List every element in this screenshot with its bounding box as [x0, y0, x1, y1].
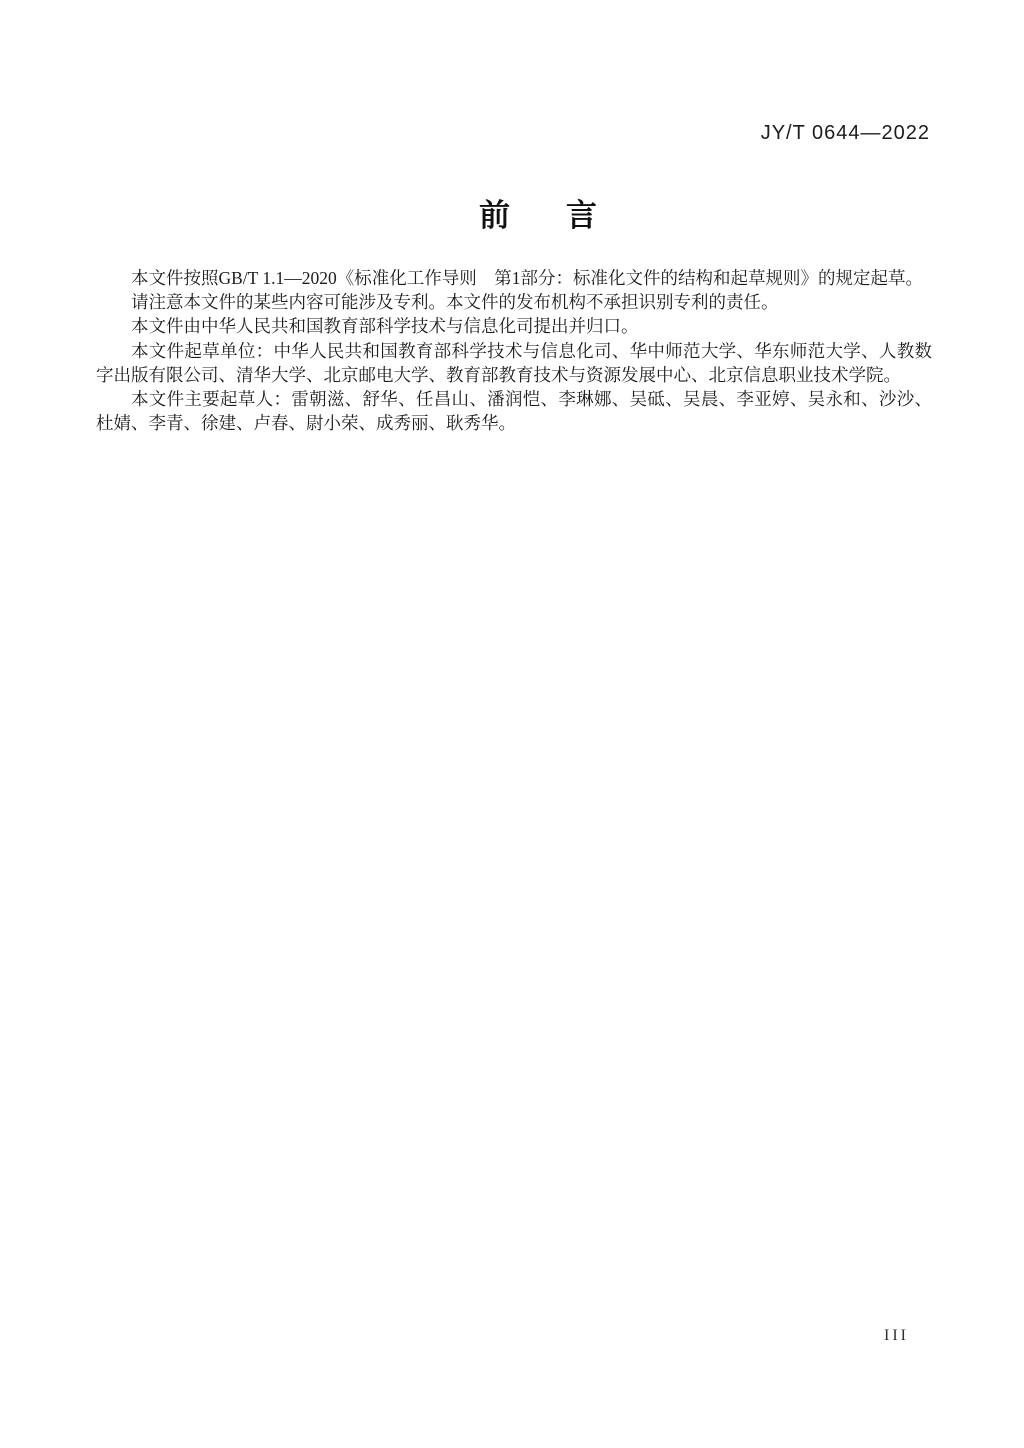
page-title-char-2: 言	[566, 200, 597, 231]
paragraph-main-drafters: 本文件主要起草人：雷朝滋、舒华、任昌山、潘润恺、李琳娜、吴砥、吴晨、李亚婷、吴永…	[96, 387, 932, 435]
standard-code-header: JY/T 0644—2022	[761, 122, 930, 145]
foreword-body: 本文件按照GB/T 1.1—2020《标准化工作导则 第1部分：标准化文件的结构…	[96, 266, 932, 435]
document-page: JY/T 0644—2022 前 言 本文件按照GB/T 1.1—2020《标准…	[0, 0, 1024, 1448]
page-title-char-1: 前	[479, 200, 510, 231]
paragraph-drafting-organizations: 本文件起草单位：中华人民共和国教育部科学技术与信息化司、华中师范大学、华东师范大…	[96, 339, 932, 387]
page-number: III	[884, 1327, 909, 1345]
paragraph-proposing-body: 本文件由中华人民共和国教育部科学技术与信息化司提出并归口。	[96, 314, 932, 338]
paragraph-drafting-rules: 本文件按照GB/T 1.1—2020《标准化工作导则 第1部分：标准化文件的结构…	[96, 266, 932, 290]
paragraph-patent-notice: 请注意本文件的某些内容可能涉及专利。本文件的发布机构不承担识别专利的责任。	[96, 290, 932, 314]
page-title: 前 言	[26, 200, 1024, 231]
